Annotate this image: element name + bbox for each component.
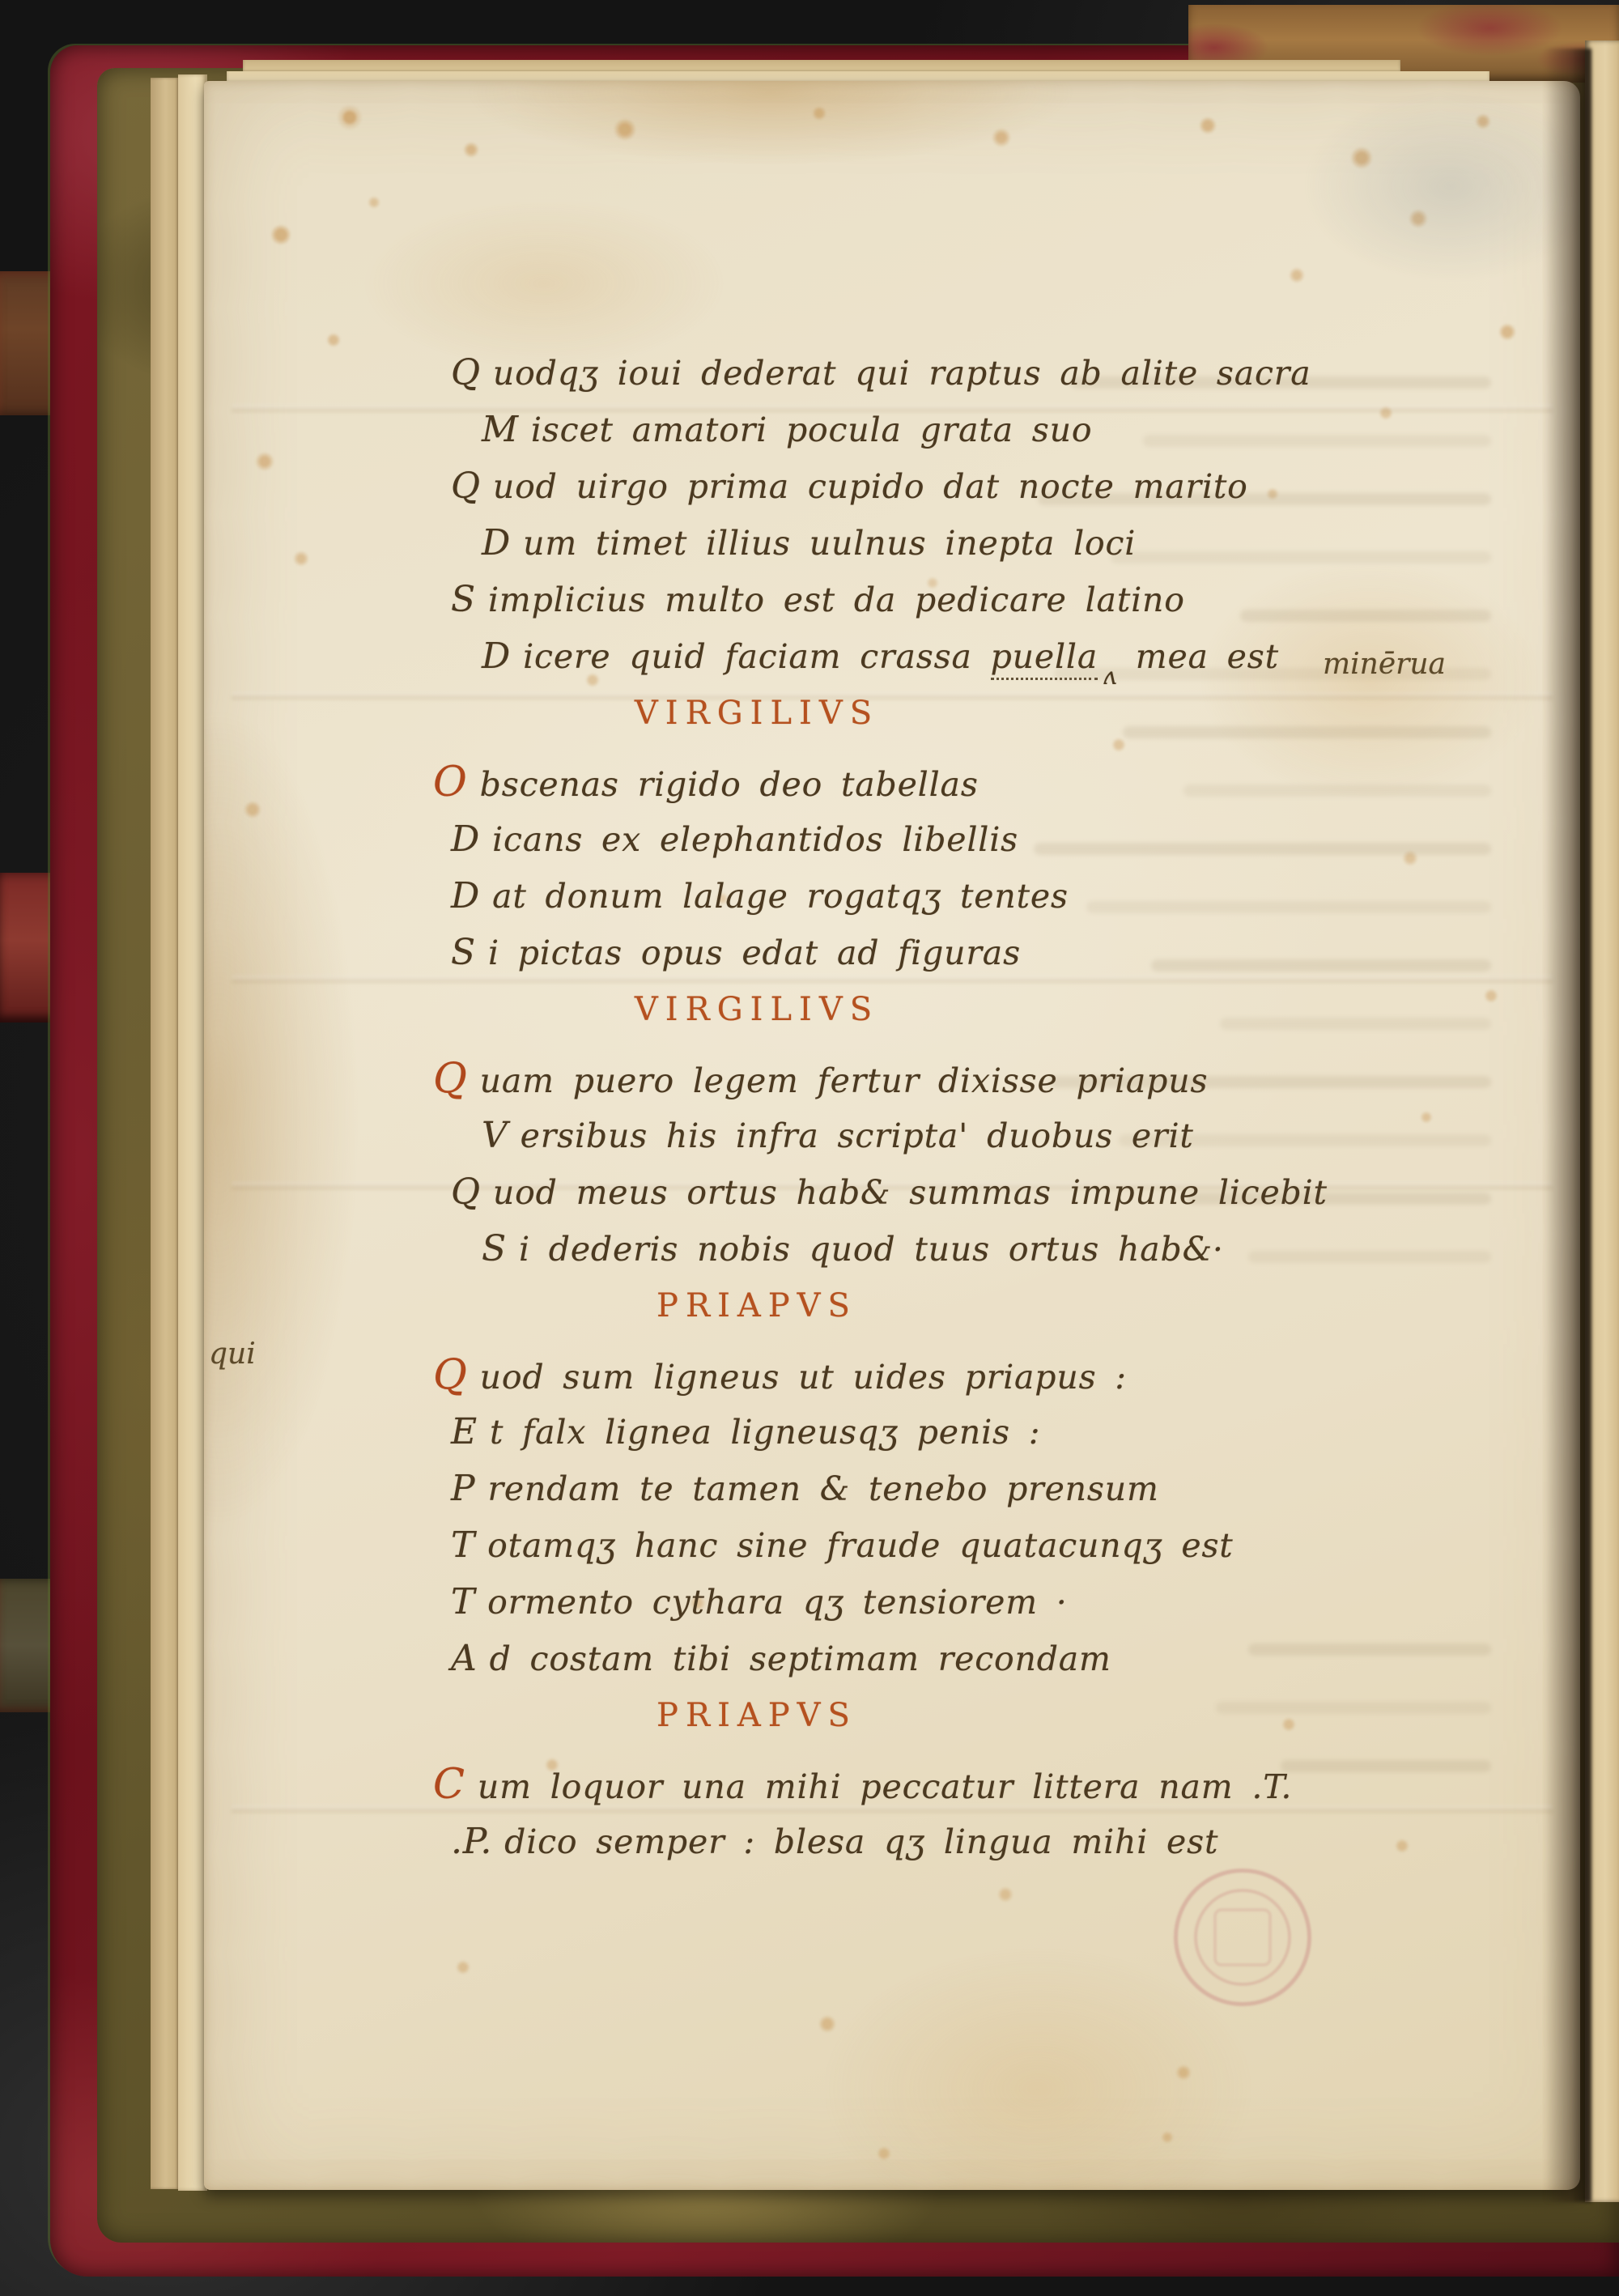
library-stamp-icon bbox=[1174, 1869, 1311, 2006]
verse-line: .P.dico semper : blesa qʒ lingua mihi es… bbox=[433, 1817, 1421, 1873]
verse-line: Totamqʒ hanc sine fraude quatacunqʒ est bbox=[433, 1520, 1421, 1577]
initial-letter: C bbox=[433, 1760, 465, 1810]
initial-letter: D bbox=[451, 814, 480, 865]
initial-letter: D bbox=[482, 631, 511, 682]
stamp-center-device bbox=[1213, 1908, 1272, 1966]
verse-line: Cum loquor una mihi peccatur littera nam… bbox=[433, 1760, 1421, 1817]
gutter-shadow bbox=[1545, 49, 1591, 2202]
verse-text: ersibus his infra scripta' duobus erit bbox=[521, 1116, 1194, 1155]
verse-line: Quodqʒ ioui dederat qui raptus ab alite … bbox=[433, 348, 1421, 405]
initial-letter: Q bbox=[433, 1350, 468, 1401]
verse-text: otamqʒ hanc sine fraude quatacunqʒ est bbox=[487, 1526, 1233, 1565]
text-run: otamqʒ hanc sine fraude quatacunqʒ est bbox=[487, 1526, 1233, 1565]
initial-letter: D bbox=[482, 518, 511, 568]
text-run: t falx lignea ligneusqʒ penis : bbox=[490, 1413, 1040, 1452]
margin-note-minerua: minērua bbox=[1323, 648, 1446, 681]
initial-letter: Q bbox=[451, 1167, 481, 1218]
verse-text: dico semper : blesa qʒ lingua mihi est bbox=[504, 1822, 1218, 1861]
initial-letter: S bbox=[482, 1224, 507, 1274]
verse-text: ormento cythara qʒ tensiorem · bbox=[487, 1583, 1067, 1622]
text-run: i dederis nobis quod tuus ortus hab&· bbox=[519, 1230, 1224, 1269]
page-edge-stack-left-inner bbox=[178, 74, 207, 2191]
rubric-heading: PRIAPVS bbox=[433, 1281, 1081, 1350]
text-run: bscenas rigido deo tabellas bbox=[480, 765, 979, 804]
verse-line: Versibus his infra scripta' duobus erit bbox=[433, 1111, 1421, 1167]
caret-mark: ʌ bbox=[1103, 652, 1117, 702]
initial-letter: V bbox=[482, 1111, 508, 1161]
verse-text: um timet illius uulnus inepta loci bbox=[523, 524, 1136, 563]
text-run: um loquor una mihi peccatur littera nam … bbox=[478, 1767, 1292, 1806]
poem-text-block: Quodqʒ ioui dederat qui raptus ab alite … bbox=[433, 348, 1421, 1873]
verse-line: Et falx lignea ligneusqʒ penis : bbox=[433, 1407, 1421, 1464]
text-run: implicius multo est da pedicare latino bbox=[488, 580, 1185, 619]
verse-line: Quod meus ortus hab& summas impune liceb… bbox=[433, 1167, 1421, 1224]
text-run: icere quid faciam crassa bbox=[523, 637, 990, 676]
initial-letter: E bbox=[451, 1407, 478, 1457]
initial-letter: T bbox=[451, 1520, 475, 1571]
photograph-scene: Quodqʒ ioui dederat qui raptus ab alite … bbox=[0, 0, 1619, 2296]
text-run: mea est bbox=[1117, 637, 1279, 676]
verse-line: Dicere quid faciam crassa puellaʌ mea es… bbox=[433, 631, 1421, 688]
verse-text: at donum lalage rogatqʒ tentes bbox=[492, 877, 1069, 916]
rubric-heading: VIRGILIVS bbox=[433, 984, 1081, 1054]
verse-text: t falx lignea ligneusqʒ penis : bbox=[490, 1413, 1040, 1452]
text-run: uod uirgo prima cupido dat nocte marito bbox=[493, 467, 1248, 506]
rubric-heading: VIRGILIVS bbox=[433, 688, 1081, 758]
verse-text: rendam te tamen & tenebo prensum bbox=[487, 1469, 1158, 1508]
page-edge-stack-left-outer bbox=[151, 78, 180, 2189]
verse-line: Prendam te tamen & tenebo prensum bbox=[433, 1464, 1421, 1520]
verse-text: uodqʒ ioui dederat qui raptus ab alite s… bbox=[493, 354, 1311, 393]
expunct-mark: puella bbox=[991, 637, 1098, 680]
initial-letter: M bbox=[482, 405, 519, 455]
verse-text: icere quid faciam crassa puellaʌ mea est bbox=[523, 637, 1279, 676]
verse-line: Si pictas opus edat ad figuras bbox=[433, 928, 1421, 984]
initial-letter: S bbox=[451, 575, 476, 625]
verse-text: uam puero legem fertur dixisse priapus bbox=[480, 1061, 1209, 1100]
initial-letter: S bbox=[451, 928, 476, 978]
text-run: rendam te tamen & tenebo prensum bbox=[487, 1469, 1158, 1508]
initial-letter: O bbox=[433, 758, 468, 808]
initial-letter: Q bbox=[433, 1054, 468, 1104]
text-run: i pictas opus edat ad figuras bbox=[488, 933, 1021, 972]
verse-line: Dat donum lalage rogatqʒ tentes bbox=[433, 871, 1421, 928]
verse-text: icans ex elephantidos libellis bbox=[492, 820, 1018, 859]
verse-line: Quod sum ligneus ut uides priapus : bbox=[433, 1350, 1421, 1407]
verse-text: uod meus ortus hab& summas impune licebi… bbox=[493, 1173, 1328, 1212]
text-run: iscet amatori pocula grata suo bbox=[531, 410, 1093, 449]
verse-text: implicius multo est da pedicare latino bbox=[488, 580, 1185, 619]
verse-text: iscet amatori pocula grata suo bbox=[531, 410, 1093, 449]
verse-line: Ad costam tibi septimam recondam bbox=[433, 1634, 1421, 1690]
verse-text: i dederis nobis quod tuus ortus hab&· bbox=[519, 1230, 1224, 1269]
verse-line: Miscet amatori pocula grata suo bbox=[433, 405, 1421, 461]
initial-letter: P bbox=[451, 1464, 475, 1514]
text-run: icans ex elephantidos libellis bbox=[492, 820, 1018, 859]
verse-text: d costam tibi septimam recondam bbox=[490, 1639, 1111, 1678]
initial-letter: .P. bbox=[451, 1817, 492, 1867]
text-run: ersibus his infra scripta' duobus erit bbox=[521, 1116, 1194, 1155]
text-run: um timet illius uulnus inepta loci bbox=[523, 524, 1136, 563]
verse-text: uod uirgo prima cupido dat nocte marito bbox=[493, 467, 1248, 506]
initial-letter: Q bbox=[451, 461, 481, 512]
initial-letter: Q bbox=[451, 348, 481, 398]
initial-letter: D bbox=[451, 871, 480, 921]
text-run: uod meus ortus hab& summas impune licebi… bbox=[493, 1173, 1328, 1212]
text-run: dico semper : blesa qʒ lingua mihi est bbox=[504, 1822, 1218, 1861]
parchment-page: Quodqʒ ioui dederat qui raptus ab alite … bbox=[204, 81, 1580, 2190]
text-run: d costam tibi septimam recondam bbox=[490, 1639, 1111, 1678]
initial-letter: A bbox=[451, 1634, 478, 1684]
verse-text: um loquor una mihi peccatur littera nam … bbox=[478, 1767, 1292, 1806]
verse-line: Quam puero legem fertur dixisse priapus bbox=[433, 1054, 1421, 1111]
verse-line: Simplicius multo est da pedicare latino bbox=[433, 575, 1421, 631]
verse-line: Si dederis nobis quod tuus ortus hab&· bbox=[433, 1224, 1421, 1281]
text-run: uam puero legem fertur dixisse priapus bbox=[480, 1061, 1209, 1100]
verse-line: Quod uirgo prima cupido dat nocte marito bbox=[433, 461, 1421, 518]
verse-text: bscenas rigido deo tabellas bbox=[480, 765, 979, 804]
verse-text: uod sum ligneus ut uides priapus : bbox=[480, 1358, 1127, 1397]
verse-line: Tormento cythara qʒ tensiorem · bbox=[433, 1577, 1421, 1634]
verse-line: Dum timet illius uulnus inepta loci bbox=[433, 518, 1421, 575]
text-run: uod sum ligneus ut uides priapus : bbox=[480, 1358, 1127, 1397]
initial-letter: T bbox=[451, 1577, 475, 1627]
text-run: ormento cythara qʒ tensiorem · bbox=[487, 1583, 1067, 1622]
verse-line: Obscenas rigido deo tabellas bbox=[433, 758, 1421, 814]
verse-line: Dicans ex elephantidos libellis bbox=[433, 814, 1421, 871]
rubric-heading: PRIAPVS bbox=[433, 1690, 1081, 1760]
margin-note-qui: qui bbox=[209, 1337, 256, 1371]
verse-text: i pictas opus edat ad figuras bbox=[488, 933, 1021, 972]
text-run: at donum lalage rogatqʒ tentes bbox=[492, 877, 1069, 916]
text-run: uodqʒ ioui dederat qui raptus ab alite s… bbox=[493, 354, 1311, 393]
